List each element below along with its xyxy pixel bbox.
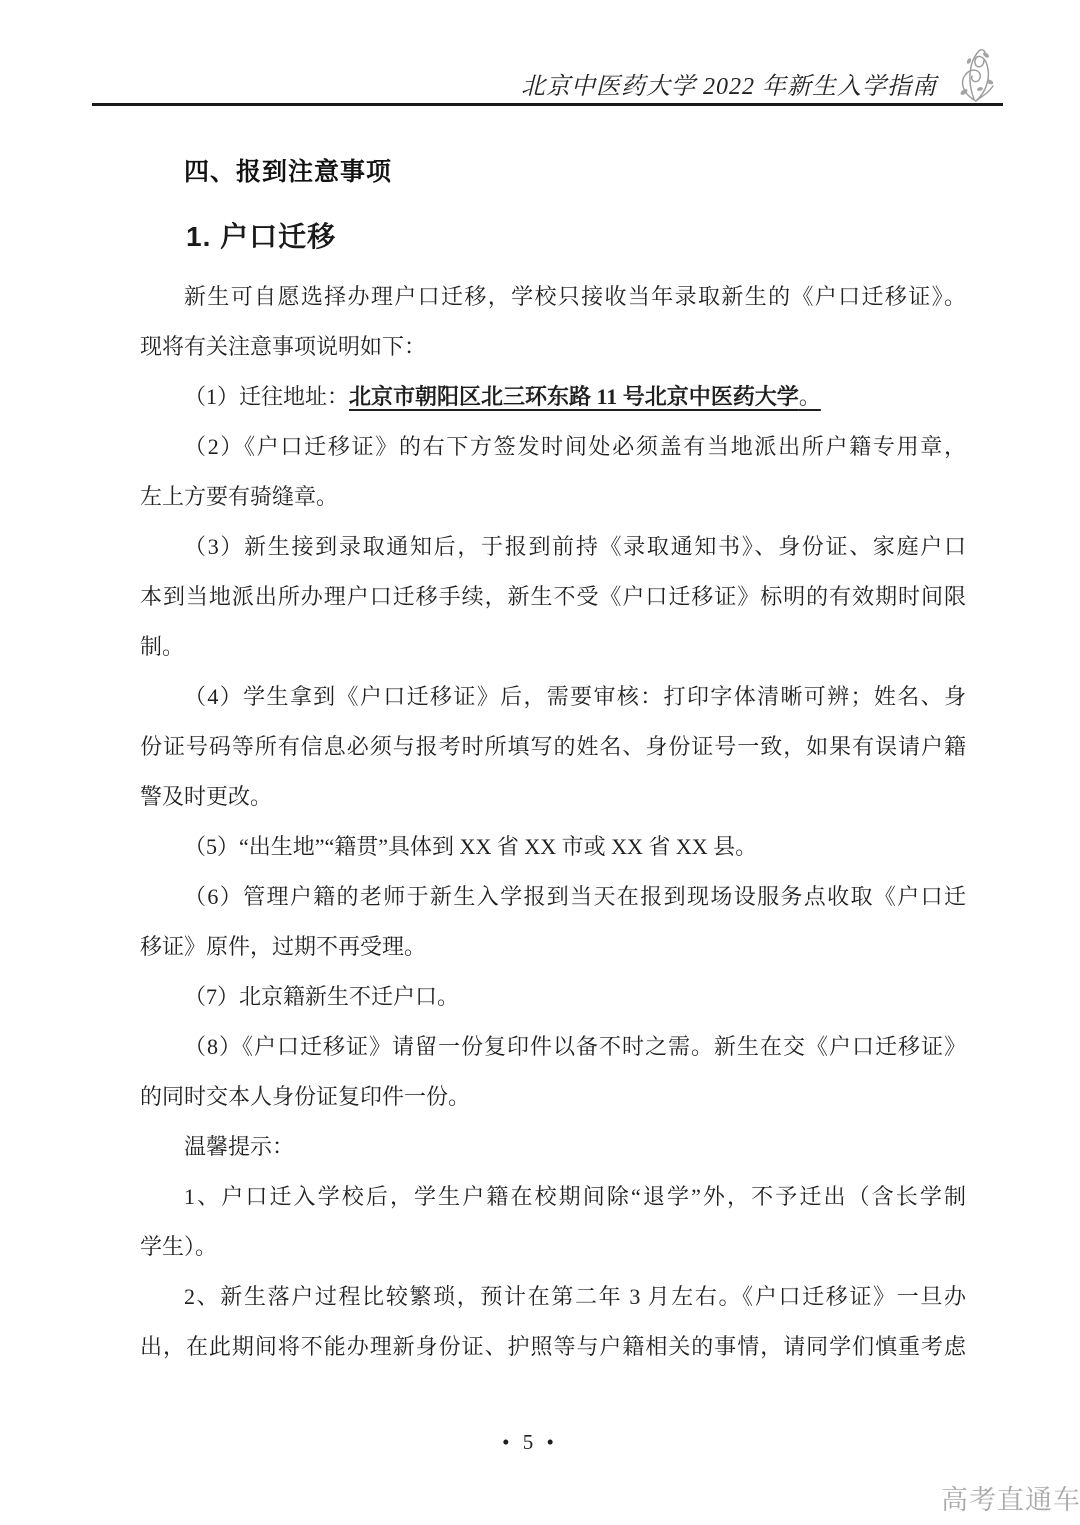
body-line: （4）学生拿到《户口迁移证》后，需要审核：打印字体清晰可辨；姓名、身 — [140, 672, 966, 722]
body-segment: 现将有关注意事项说明如下： — [140, 334, 426, 359]
body-segment: 新生可自愿选择办理户口迁移，学校只接收当年录取新生的《户口迁移证》。 — [184, 284, 966, 309]
body-line: 份证号码等所有信息必须与报考时所填写的姓名、身份证号一致，如果有误请户籍 — [140, 722, 966, 772]
body-line: （8）《户口迁移证》请留一份复印件以备不时之需。新生在交《户口迁移证》 — [140, 1022, 966, 1072]
body-segment: （2）《户口迁移证》的右下方签发时间处必须盖有当地派出所户籍专用章， — [184, 434, 966, 459]
body-segment: （1）迁往地址： — [184, 384, 349, 409]
body-line: （6）管理户籍的老师于新生入学报到当天在报到现场设服务点收取《户口迁 — [140, 872, 966, 922]
body-line: 1、户口迁入学校后，学生户籍在校期间除“退学”外，不予迁出（含长学制 — [140, 1172, 966, 1222]
subsection-title: 1. 户口迁移 — [186, 215, 336, 255]
body-line: 制。 — [140, 622, 966, 672]
address-highlight: 北京市朝阳区北三环东路 11 号北京中医药大学 — [349, 384, 799, 409]
body-line: 学生）。 — [140, 1222, 966, 1272]
body-line: 本到当地派出所办理户口迁移手续，新生不受《户口迁移证》标明的有效期时间限 — [140, 572, 966, 622]
document-page: 北京中医药大学 2022 年新生入学指南 四、报到注意事项 1. 户口迁移 新生… — [0, 0, 1080, 1525]
body-line: （1）迁往地址：北京市朝阳区北三环东路 11 号北京中医药大学。 — [140, 372, 966, 422]
body-segment: （6）管理户籍的老师于新生入学报到当天在报到现场设服务点收取《户口迁 — [184, 884, 966, 909]
body-segment: （5）“出生地”“籍贯”具体到 XX 省 XX 市或 XX 省 XX 县。 — [184, 834, 757, 859]
body-segment: 学生）。 — [140, 1234, 217, 1259]
header-rule — [92, 103, 1003, 106]
body-text: 新生可自愿选择办理户口迁移，学校只接收当年录取新生的《户口迁移证》。现将有关注意… — [140, 272, 966, 1372]
body-segment: 左上方要有骑缝章。 — [140, 484, 338, 509]
body-line: 新生可自愿选择办理户口迁移，学校只接收当年录取新生的《户口迁移证》。 — [140, 272, 966, 322]
body-line: 温馨提示： — [140, 1122, 966, 1172]
body-line: （2）《户口迁移证》的右下方签发时间处必须盖有当地派出所户籍专用章， — [140, 422, 966, 472]
header-title: 北京中医药大学 2022 年新生入学指南 — [521, 66, 937, 101]
body-line: 现将有关注意事项说明如下： — [140, 322, 966, 372]
body-segment: （3）新生接到录取通知后，于报到前持《录取通知书》、身份证、家庭户口 — [184, 534, 966, 559]
floral-ornament-icon — [955, 46, 997, 104]
body-segment: （4）学生拿到《户口迁移证》后，需要审核：打印字体清晰可辨；姓名、身 — [184, 684, 966, 709]
body-segment: 本到当地派出所办理户口迁移手续，新生不受《户口迁移证》标明的有效期时间限 — [140, 584, 966, 609]
watermark: 高考直通车 — [941, 1478, 1080, 1517]
body-segment: 制。 — [140, 634, 184, 659]
section-title: 四、报到注意事项 — [184, 152, 392, 188]
body-segment: 的同时交本人身份证复印件一份。 — [140, 1084, 470, 1109]
body-line: 移证》原件，过期不再受理。 — [140, 922, 966, 972]
body-segment: （7）北京籍新生不迁户口。 — [184, 984, 459, 1009]
body-line: 左上方要有骑缝章。 — [140, 472, 966, 522]
body-segment: 出，在此期间将不能办理新身份证、护照等与户籍相关的事情，请同学们慎重考虑 — [140, 1334, 966, 1359]
body-line: 2、新生落户过程比较繁琐，预计在第二年 3 月左右。《户口迁移证》一旦办 — [140, 1272, 966, 1322]
body-segment: （8）《户口迁移证》请留一份复印件以备不时之需。新生在交《户口迁移证》 — [184, 1034, 966, 1059]
body-segment: 移证》原件，过期不再受理。 — [140, 934, 426, 959]
body-line: （7）北京籍新生不迁户口。 — [140, 972, 966, 1022]
body-segment: 份证号码等所有信息必须与报考时所填写的姓名、身份证号一致，如果有误请户籍 — [140, 734, 966, 759]
body-segment: 警及时更改。 — [140, 784, 272, 809]
body-line: 警及时更改。 — [140, 772, 966, 822]
body-segment: 2、新生落户过程比较繁琐，预计在第二年 3 月左右。《户口迁移证》一旦办 — [184, 1284, 966, 1309]
body-line: 的同时交本人身份证复印件一份。 — [140, 1072, 966, 1122]
body-line: （3）新生接到录取通知后，于报到前持《录取通知书》、身份证、家庭户口 — [140, 522, 966, 572]
body-line: 出，在此期间将不能办理新身份证、护照等与户籍相关的事情，请同学们慎重考虑 — [140, 1322, 966, 1372]
body-segment: 1、户口迁入学校后，学生户籍在校期间除“退学”外，不予迁出（含长学制 — [184, 1184, 966, 1209]
body-segment: 。 — [799, 384, 821, 409]
body-segment: 温馨提示： — [184, 1134, 294, 1159]
page-number: • 5 • — [470, 1430, 590, 1455]
body-line: （5）“出生地”“籍贯”具体到 XX 省 XX 市或 XX 省 XX 县。 — [140, 822, 966, 872]
